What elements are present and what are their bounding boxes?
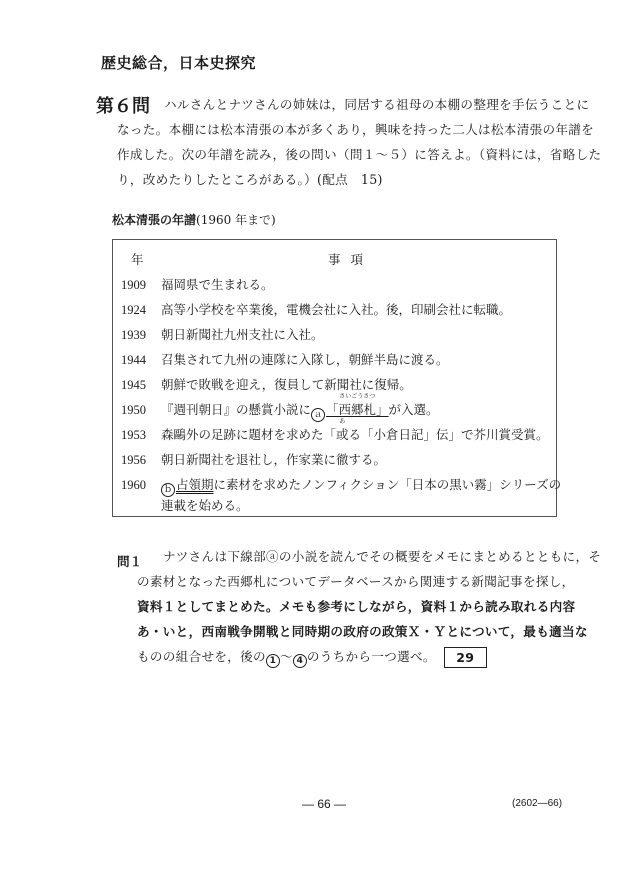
ruby-char: あ或 (336, 425, 349, 443)
event-text: 森鷗外の足跡に題材を求めた「 (161, 427, 336, 442)
row-event: 福岡県で生まれる。 (161, 275, 274, 293)
choice-4-marker: 4 (293, 654, 307, 668)
row-event-continued: 連載を始める。 (161, 496, 249, 514)
question-number: 第６問 (96, 92, 150, 118)
intro-line-1: ハルさんとナツさんの姉妹は，同居する祖母の本棚の整理を手伝うことに (164, 92, 589, 117)
intro-line-3: 作成した。次の年譜を読み，後の問い（問１～５）に答えよ。（資料には，省略した (117, 142, 601, 167)
column-event: 事項 (328, 250, 373, 268)
chronology-row: 1960ｂ占領期に素材を求めたノンフィクション「日本の黒い霧」シリーズの (121, 475, 561, 493)
line-text: のうちから一つ選べ。 (307, 649, 436, 664)
row-year: 1939 (121, 328, 161, 343)
chronology-title-note: (1960 年まで) (196, 213, 276, 227)
chronology-row: 1924高等小学校を卒業後，電機会社に入社。後，印刷会社に転職。 (121, 300, 511, 318)
row-year: 1956 (121, 453, 161, 468)
row-year: 1945 (121, 378, 161, 393)
ruby-base: 或 (336, 427, 349, 442)
sub-question-line-2: の素材となった西郷札についてデータベースから関連する新聞記事を探し， (137, 569, 575, 594)
chronology-row: 1939朝日新聞社九州支社に入社。 (121, 325, 324, 343)
event-text: に素材を求めたノンフィクション「日本の黒い霧」シリーズの (214, 477, 562, 492)
event-text: が入選。 (389, 402, 439, 417)
chronology-table: 年 事項 1909福岡県で生まれる。 1924高等小学校を卒業後，電機会社に入社… (112, 239, 557, 517)
chronology-row: 1956朝日新聞社を退社し，作家業に徹する。 (121, 450, 386, 468)
sub-question-line-5: ものの組合せを，後の1～4のうちから一つ選べ。29 (137, 644, 487, 669)
answer-number-box: 29 (444, 647, 487, 668)
marker-a: ａ (311, 408, 325, 422)
row-year: 1924 (121, 303, 161, 318)
row-event: 高等小学校を卒業後，電機会社に入社。後，印刷会社に転職。 (161, 300, 511, 318)
chronology-title-text: 松本清張の年譜 (112, 213, 196, 227)
column-year: 年 (131, 250, 144, 268)
subject-heading: 歴史総合，日本史探究 (101, 52, 256, 73)
row-year: 1953 (121, 428, 161, 443)
chronology-row: 1909福岡県で生まれる。 (121, 275, 274, 293)
underlined-text: 「西郷札」 (326, 402, 389, 417)
chronology-row: 1944召集されて九州の連隊に入隊し，朝鮮半島に渡る。 (121, 350, 449, 368)
row-event: 朝日新聞社九州支社に入社。 (161, 325, 324, 343)
row-event: 森鷗外の足跡に題材を求めた「あ或る「小倉日記」伝」で芥川賞受賞。 (161, 425, 549, 443)
chronology-row: 1950『週刊朝日』の懸賞小説にａさいごうさつ「西郷札」が入選。 (121, 400, 439, 418)
page-code: (2602—66) (512, 798, 562, 809)
row-event: 召集されて九州の連隊に入隊し，朝鮮半島に渡る。 (161, 350, 449, 368)
chronology-row: 1953森鷗外の足跡に題材を求めた「あ或る「小倉日記」伝」で芥川賞受賞。 (121, 425, 549, 443)
choice-1-marker: 1 (266, 654, 280, 668)
event-text: 『週刊朝日』の懸賞小説に (161, 402, 311, 417)
chronology-row-continued: 連載を始める。 (161, 496, 249, 514)
sub-question-line-1: ナツさんは下線部ⓐの小説を読んでその概要をメモにまとめるとともに，そ (163, 544, 601, 569)
ruby-reading: さいごうさつ (326, 391, 389, 400)
intro-line-4: り，改めたりしたところがある。）(配点 15) (117, 167, 383, 192)
row-year: 1960 (121, 478, 161, 493)
marker-b: ｂ (161, 483, 175, 497)
choice-separator: ～ (280, 649, 293, 664)
row-event: 『週刊朝日』の懸賞小説にａさいごうさつ「西郷札」が入選。 (161, 400, 439, 422)
ruby-reading: あ (336, 416, 349, 425)
row-event: 朝日新聞社を退社し，作家業に徹する。 (161, 450, 386, 468)
underlined-occupation-period: 占領期 (176, 477, 214, 492)
page-number: — 66 — (302, 797, 346, 811)
row-year: 1950 (121, 403, 161, 418)
sub-question-label: 問１ (117, 551, 142, 570)
row-year: 1909 (121, 278, 161, 293)
chronology-title: 松本清張の年譜(1960 年まで) (112, 211, 276, 228)
row-year: 1944 (121, 353, 161, 368)
sub-question-line-4: あ・いと，西南戦争開戦と同時期の政府の政策Ｘ・Ｙとについて，最も適当な (137, 619, 588, 644)
intro-line-2: なった。本棚には松本清張の本が多くあり，興味を持った二人は松本清張の年譜を (117, 117, 594, 142)
sub-question-line-3: 資料１としてまとめた。メモも参考にしながら，資料１から読み取れる内容 (137, 594, 575, 619)
event-text: る「小倉日記」伝」で芥川賞受賞。 (349, 427, 549, 442)
line-text: ものの組合せを，後の (137, 649, 266, 664)
row-event: ｂ占領期に素材を求めたノンフィクション「日本の黒い霧」シリーズの (161, 475, 561, 497)
